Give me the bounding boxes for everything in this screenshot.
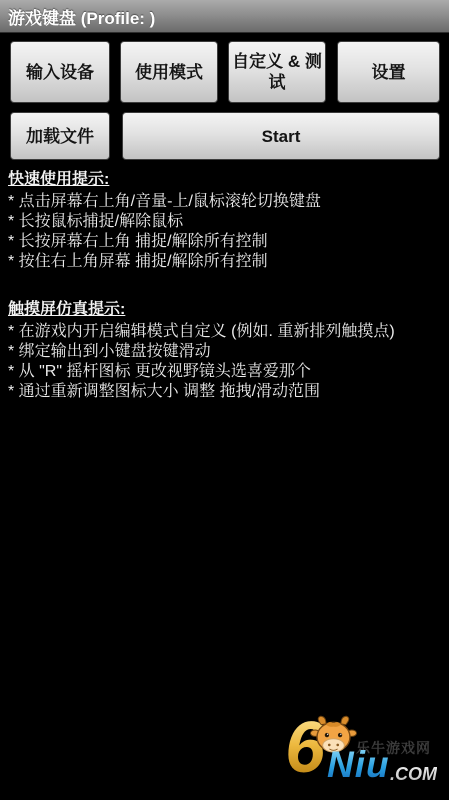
touch-tips-heading: 触摸屏仿真提示: [8, 296, 444, 319]
tips-area: 快速使用提示: * 点击屏幕右上角/音量-上/鼠标滚轮切换键盘 * 长按鼠标捕捉… [8, 166, 444, 402]
watermark-tld-text: .COM [390, 764, 437, 785]
quick-tip-line: * 长按屏幕右上角 捕捉/解除所有控制 [8, 232, 444, 252]
touch-tips-section: 触摸屏仿真提示: * 在游戏内开启编辑模式自定义 (例如. 重新排列触摸点) *… [8, 296, 444, 402]
app-title: 游戏键盘 (Profile: ) [8, 4, 155, 29]
load-file-button[interactable]: 加载文件 [10, 112, 110, 160]
usage-mode-button[interactable]: 使用模式 [120, 41, 218, 103]
quick-tip-line: * 按住右上角屏幕 捕捉/解除所有控制 [8, 252, 444, 272]
quick-tips-heading: 快速使用提示: [8, 166, 444, 189]
quick-tip-line: * 长按鼠标捕捉/解除鼠标 [8, 212, 444, 232]
touch-tips-list: * 在游戏内开启编辑模式自定义 (例如. 重新排列触摸点) * 绑定输出到小键盘… [8, 322, 444, 402]
touch-tip-line: * 通过重新调整图标大小 调整 拖拽/滑动范围 [8, 382, 444, 402]
app-screen: 游戏键盘 (Profile: ) 输入设备 使用模式 自定义 & 测试 设置 加… [0, 0, 449, 800]
quick-tips-section: 快速使用提示: * 点击屏幕右上角/音量-上/鼠标滚轮切换键盘 * 长按鼠标捕捉… [8, 166, 444, 272]
customize-test-button[interactable]: 自定义 & 测试 [228, 41, 326, 103]
quick-tip-line: * 点击屏幕右上角/音量-上/鼠标滚轮切换键盘 [8, 192, 444, 212]
start-button[interactable]: Start [122, 112, 440, 160]
watermark-brand-text: Niu [327, 746, 390, 784]
touch-tip-line: * 在游戏内开启编辑模式自定义 (例如. 重新排列触摸点) [8, 322, 444, 342]
site-watermark: 6 [283, 713, 445, 797]
quick-tips-list: * 点击屏幕右上角/音量-上/鼠标滚轮切换键盘 * 长按鼠标捕捉/解除鼠标 * … [8, 192, 444, 272]
touch-tip-line: * 从 "R" 摇杆图标 更改视野镜头选喜爱那个 [8, 362, 444, 382]
touch-tip-line: * 绑定输出到小键盘按键滑动 [8, 342, 444, 362]
input-device-button[interactable]: 输入设备 [10, 41, 110, 103]
title-bar: 游戏键盘 (Profile: ) [0, 0, 449, 33]
settings-button[interactable]: 设置 [337, 41, 440, 103]
